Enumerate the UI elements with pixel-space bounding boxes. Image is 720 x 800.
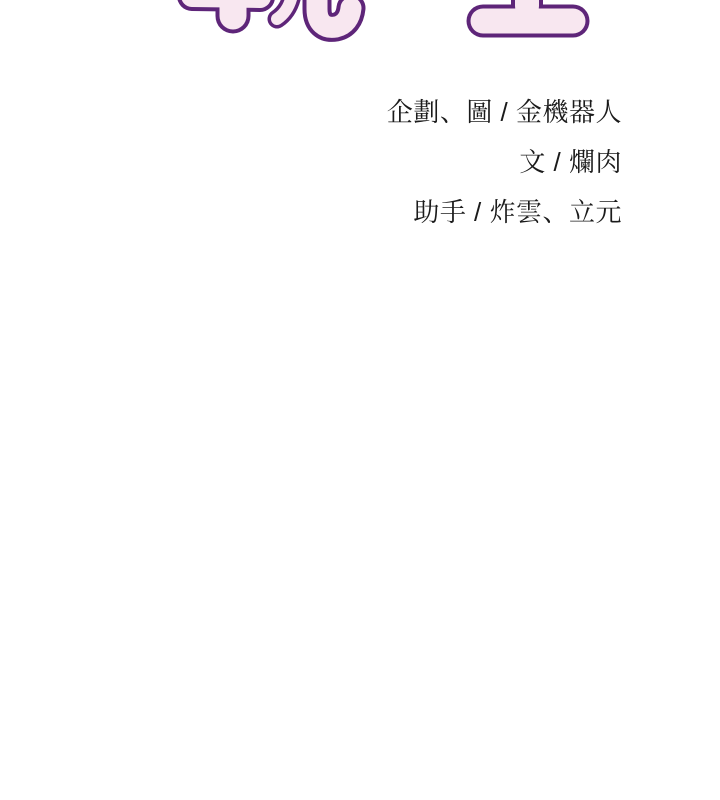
title-glyphs-svg: [0, 0, 720, 60]
credit-line-writer: 文 / 爛肉: [387, 137, 622, 187]
credit-line-assistants: 助手 / 炸雲、立元: [387, 187, 622, 237]
credits-block: 企劃、圖 / 金機器人 文 / 爛肉 助手 / 炸雲、立元: [387, 87, 622, 237]
series-title-partial-art: [0, 0, 720, 60]
credit-line-planning-and-art: 企劃、圖 / 金機器人: [387, 87, 622, 137]
comic-credits-page: 企劃、圖 / 金機器人 文 / 爛肉 助手 / 炸雲、立元: [0, 0, 720, 800]
